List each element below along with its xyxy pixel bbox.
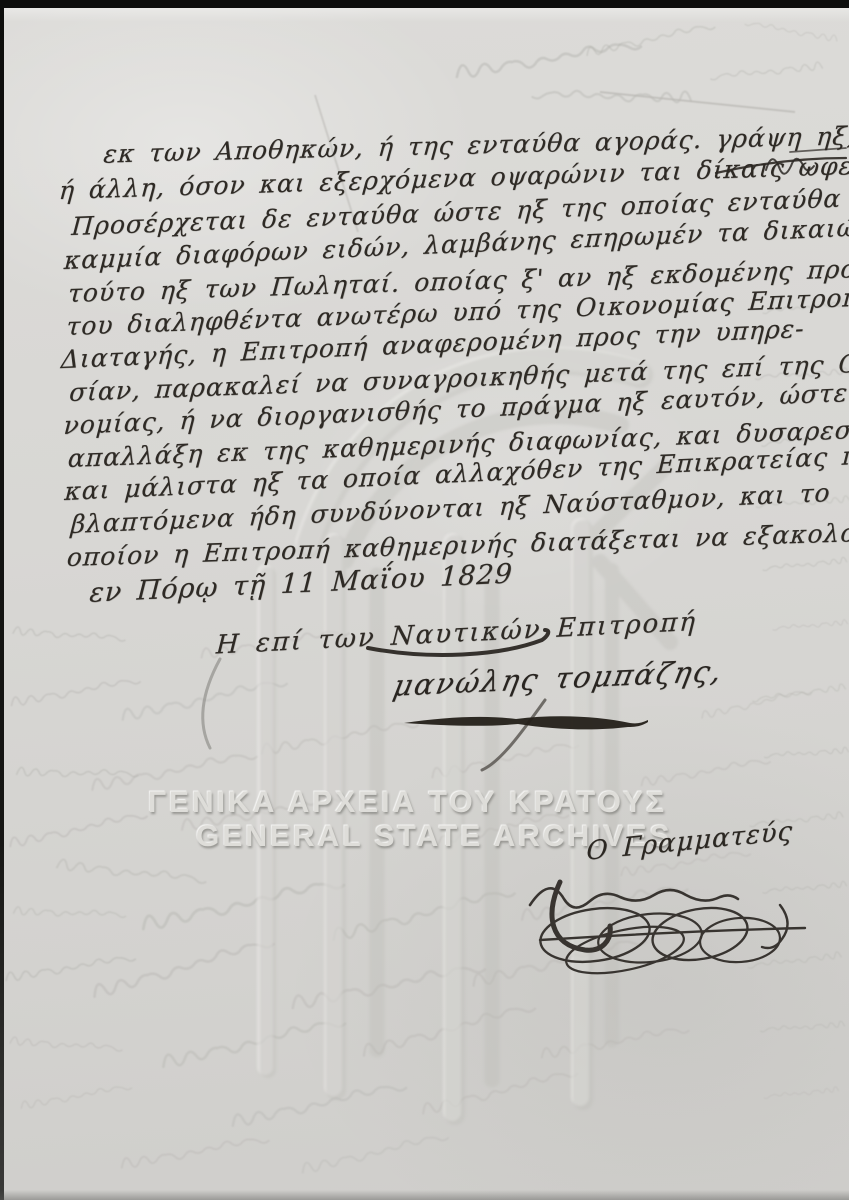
- ink-flourishes-layer: [0, 0, 849, 1200]
- scan-border-top: [0, 0, 849, 8]
- scan-edge-sheen: [0, 8, 849, 22]
- document-scan-page: ΓΕΝΙΚΑ ΑΡΧΕΙΑ ΤΟΥ ΚΡΑΤΟΥΣ GENERAL STATE …: [0, 0, 849, 1200]
- scan-shadow-bottom: [0, 1190, 849, 1200]
- date-underline-flourish: [368, 630, 548, 655]
- committee-paraph: [203, 659, 220, 748]
- correction-strike-line-2: [790, 148, 846, 152]
- scan-border-left: [0, 0, 4, 1200]
- signature-descender: [482, 700, 545, 770]
- secretary-signature-flourish: [530, 882, 805, 982]
